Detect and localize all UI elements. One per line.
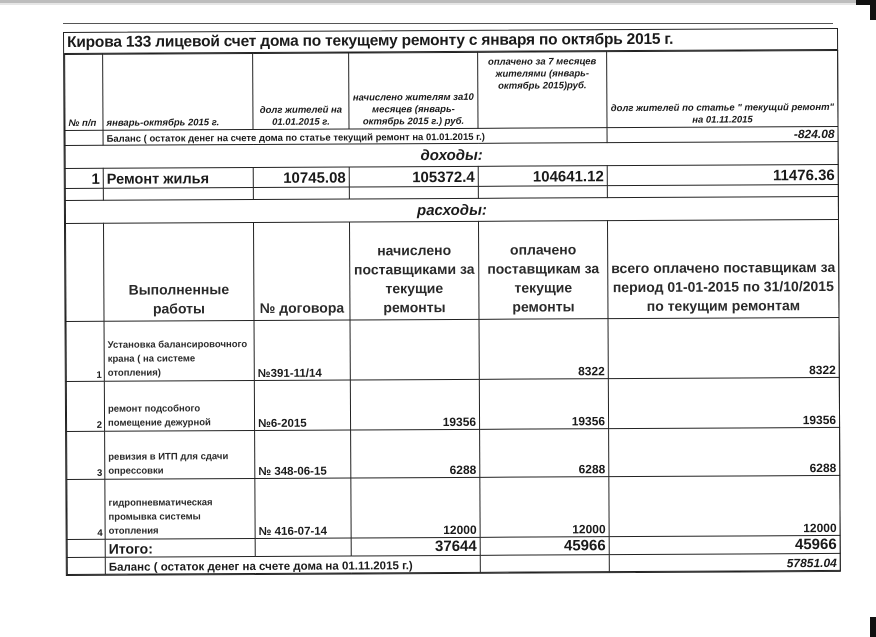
expense-contract: №391-11/14 (254, 320, 350, 381)
header-index: № п/п (65, 54, 103, 130)
expense-paid: 8322 (479, 319, 608, 380)
expense-contract: № 416-07-14 (255, 478, 351, 539)
account-sheet: Кирова 133 лицевой счет дома по текущему… (63, 28, 841, 576)
expense-contract: № 348-06-15 (255, 430, 351, 479)
expense-total: 8322 (608, 317, 839, 378)
header-paid: оплачено за 7 месяцев жителями (январь-о… (478, 52, 607, 129)
expense-charged (350, 319, 479, 380)
total-paid: 45966 (480, 537, 609, 556)
closing-balance-row: Баланс ( остаток денег на счете дома на … (67, 553, 840, 574)
header-debt-start: долг жителей на 01.01.2015 г. (253, 53, 349, 130)
empty-cell (253, 187, 349, 200)
expense-total: 6288 (609, 427, 840, 476)
expense-index: 2 (66, 381, 104, 431)
expense-header-total: всего оплачено поставщикам за период 01-… (607, 219, 839, 318)
empty-cell (478, 186, 607, 199)
expense-charged: 6288 (351, 429, 480, 478)
income-name: Ремонт жилья (103, 168, 253, 189)
closing-balance-value: 57851.04 (609, 553, 840, 571)
empty-cell (65, 188, 103, 200)
header-charged: начислено жителям за10 месяцев (январь-о… (349, 52, 478, 129)
expense-work: Установка балансировочного крана ( на си… (104, 321, 254, 382)
expense-total: 19356 (608, 377, 839, 428)
empty-cell (67, 539, 105, 557)
scan-edge-mark (870, 0, 876, 20)
closing-balance-label: Баланс ( остаток денег на счете дома на … (105, 555, 480, 574)
expense-index: 3 (67, 431, 105, 479)
expense-charged: 12000 (351, 477, 480, 538)
header-row: № п/п январь-октябрь 2015 г. долг жителе… (65, 50, 838, 130)
expense-header-row: Выполненные работы № договора начислено … (66, 219, 840, 321)
header-debt-end: долг жителей по статье " текущий ремонт"… (607, 50, 838, 127)
opening-balance-value: -824.08 (607, 126, 838, 142)
empty-cell (66, 223, 105, 321)
empty-cell (103, 188, 253, 201)
scan-edge-mark-bottom (870, 617, 876, 637)
expense-work: гидропневматическая промывка системы ото… (105, 479, 255, 540)
expense-work: ремонт подсобного помещение дежурной (104, 381, 254, 432)
income-charged: 105372.4 (349, 166, 478, 187)
account-table: № п/п январь-октябрь 2015 г. долг жителе… (64, 50, 841, 575)
expense-total: 12000 (609, 475, 840, 536)
total-label: Итого: (105, 539, 255, 558)
empty-cell (349, 186, 478, 199)
income-paid: 104641.12 (478, 166, 607, 187)
expense-index: 4 (67, 479, 105, 539)
total-total: 45966 (609, 535, 840, 554)
expense-paid: 6288 (480, 429, 609, 478)
expense-charged: 19356 (350, 379, 479, 430)
income-index: 1 (65, 168, 103, 188)
expense-header-contract: № договора (254, 222, 351, 321)
empty-cell (480, 555, 609, 573)
expense-header-charged: начислено поставщиками за текущие ремонт… (349, 221, 479, 320)
expense-row: 3 ревизия в ИТП для сдачи опрессовки № 3… (67, 427, 840, 479)
expense-paid: 12000 (480, 477, 609, 538)
income-debt-start: 10745.08 (253, 167, 349, 188)
empty-cell (65, 130, 103, 145)
expense-header-paid: оплачено поставщикам за текущие ремонты (478, 221, 608, 320)
expense-contract: №6-2015 (254, 380, 350, 431)
expense-index: 1 (66, 321, 104, 381)
empty-cell (67, 557, 105, 574)
total-charged: 37644 (351, 537, 480, 556)
expense-row: 1 Установка балансировочного крана ( на … (66, 317, 839, 381)
expense-header-work: Выполненные работы (104, 223, 255, 322)
expense-work: ревизия в ИТП для сдачи опрессовки (105, 431, 255, 480)
expense-row: 2 ремонт подсобного помещение дежурной №… (66, 377, 839, 431)
expense-paid: 19356 (479, 379, 608, 430)
header-period: январь-октябрь 2015 г. (103, 54, 253, 131)
empty-cell (255, 538, 351, 557)
top-rule-line (63, 23, 833, 24)
expense-row: 4 гидропневматическая промывка системы о… (67, 475, 840, 539)
income-debt-end: 11476.36 (607, 164, 838, 185)
scan-shadow-top (0, 3, 876, 5)
